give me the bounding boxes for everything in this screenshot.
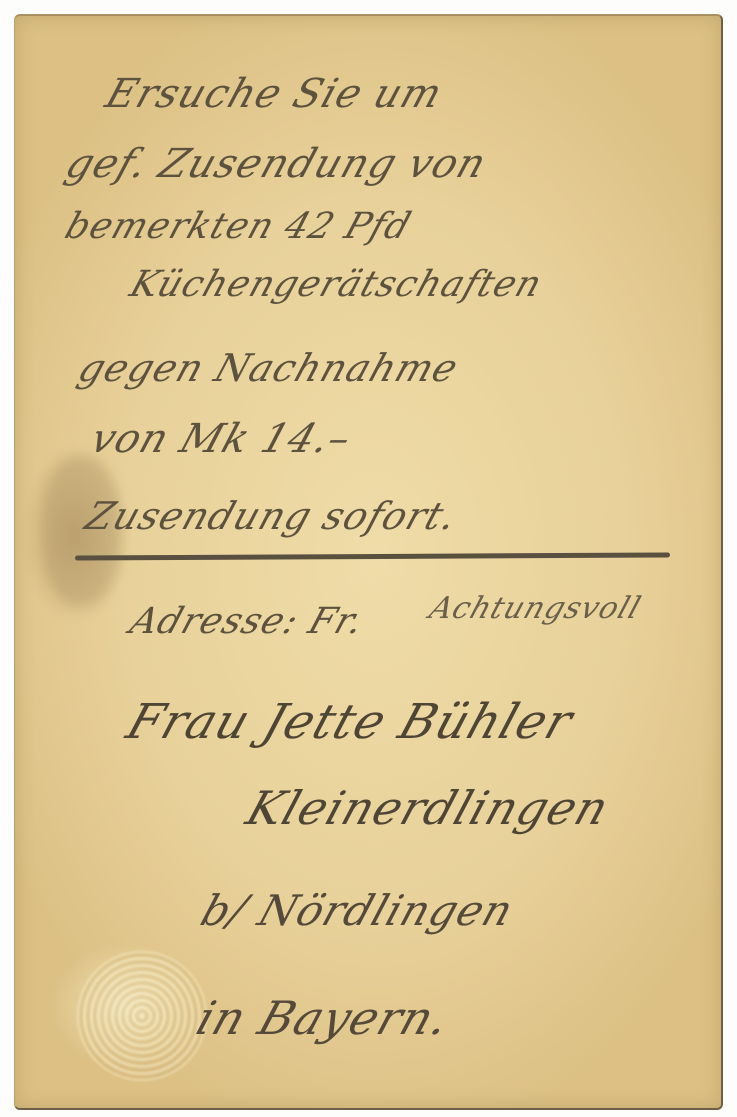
message-line: Küchengerätschaften (125, 264, 548, 305)
message-line: gegen Nachnahme (73, 346, 464, 390)
embossed-seal (77, 951, 207, 1081)
message-line: bemerkten 42 Pfd (60, 206, 416, 247)
message-line: Ersuche Sie um (100, 71, 448, 117)
address-region: in Bayern. (190, 991, 457, 1045)
address-town: Kleinerdlingen (240, 781, 616, 835)
message-line: Zusendung sofort. (80, 494, 463, 538)
recipient-name: Frau Jette Bühler (120, 694, 580, 750)
message-line: gef. Zusendung von (60, 141, 492, 187)
message-line: von Mk 14.– (85, 416, 358, 462)
postcard: Ersuche Sie um gef. Zusendung von bemerk… (14, 14, 723, 1110)
address-district: b/ Nördlingen (195, 886, 520, 935)
ink-underline (75, 552, 670, 560)
address-label: Adresse: Fr. (125, 601, 369, 642)
closing-text: Achtungsvoll (425, 591, 646, 626)
